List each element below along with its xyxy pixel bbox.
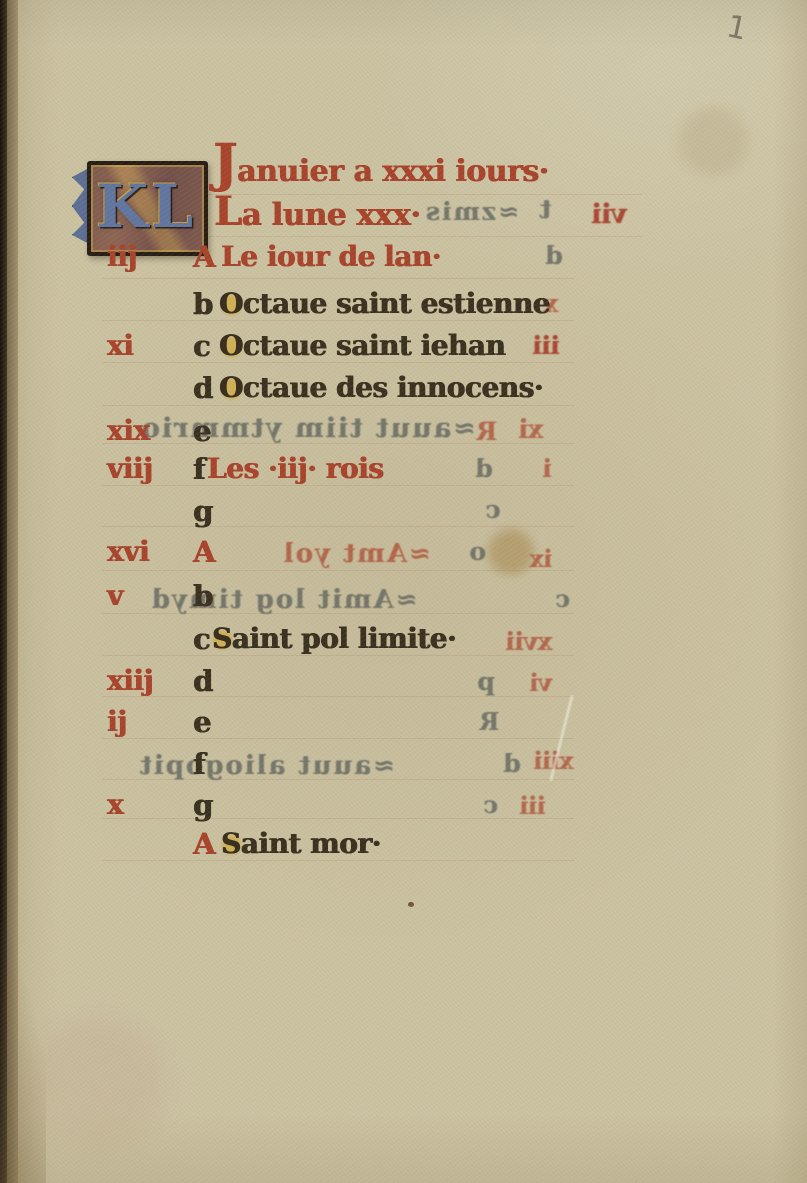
dominical-letter: g <box>193 492 213 530</box>
dominical-letter: f <box>193 450 205 488</box>
golden-number: iij <box>107 238 137 276</box>
feast-name: Saint mor· <box>221 825 381 863</box>
calendar-row: xvi A <box>0 533 807 575</box>
calendar-row: g <box>0 492 807 534</box>
calendar-row: v b <box>0 577 807 619</box>
dominical-letter: d <box>193 369 213 407</box>
feast-name: Le iour de lan· <box>221 238 441 276</box>
calendar-row: xiij d <box>0 662 807 704</box>
golden-number: xi <box>107 327 133 365</box>
dominical-letter: d <box>193 662 213 700</box>
golden-number: xvi <box>107 533 149 571</box>
page-corner-shadow <box>0 923 46 1183</box>
dominical-letter: b <box>193 577 213 615</box>
folio-number: 1 <box>723 8 750 47</box>
show-through-mark: ≈zmis <box>424 198 519 226</box>
calendar-row: b Octaue saint estienne <box>0 285 807 327</box>
calendar-row: c Saint pol limite· <box>0 620 807 662</box>
calendar-row: xix e <box>0 412 807 454</box>
dominical-letter: f <box>193 745 205 783</box>
calendar-row: ij e <box>0 703 807 745</box>
dominical-letter: A <box>193 238 215 276</box>
calendar-row: A Saint mor· <box>0 825 807 867</box>
show-through-mark: vii <box>592 200 627 230</box>
dominical-letter: c <box>193 327 210 365</box>
kl-letter-k: K <box>96 167 148 247</box>
calendar-row: xi c Octaue saint iehan <box>0 327 807 369</box>
dominical-letter: b <box>193 285 213 323</box>
feast-name: Octaue saint iehan <box>219 327 505 365</box>
dominical-letter: A <box>193 825 215 863</box>
calendar-row: iij A Le iour de lan· <box>0 238 807 280</box>
golden-number: ij <box>107 703 127 741</box>
feast-name: Octaue saint estienne <box>219 285 550 323</box>
golden-number: viij <box>107 450 153 488</box>
stain <box>668 104 758 178</box>
feast-name: Les ·iij· rois <box>207 450 384 488</box>
golden-number: v <box>107 577 123 615</box>
golden-number: xiij <box>107 662 153 700</box>
calendar-row: f <box>0 745 807 787</box>
dominical-letter: A <box>193 533 215 571</box>
feast-name: Saint pol limite· <box>212 620 456 658</box>
dominical-letter: g <box>193 786 213 824</box>
golden-number: x <box>107 786 123 824</box>
manuscript-page: K L Januier a xxxi iours· La lune xxx· ≈… <box>0 0 807 1183</box>
calendar-row: d Octaue des innocens· <box>0 369 807 411</box>
speck <box>408 902 414 907</box>
show-through-mark: t <box>540 196 552 225</box>
calendar-row: x g <box>0 786 807 828</box>
calendar-row: viij f Les ·iij· rois <box>0 450 807 492</box>
moon-line: La lune xxx· <box>214 192 421 235</box>
dominical-letter: c <box>193 620 210 658</box>
month-title: Januier a xxxi iours· <box>213 141 549 195</box>
golden-number: xix <box>107 412 150 450</box>
feast-name: Octaue des innocens· <box>219 369 543 407</box>
dominical-letter: e <box>193 703 211 741</box>
kl-letter-l: L <box>151 167 193 247</box>
dominical-letter: e <box>193 412 211 450</box>
